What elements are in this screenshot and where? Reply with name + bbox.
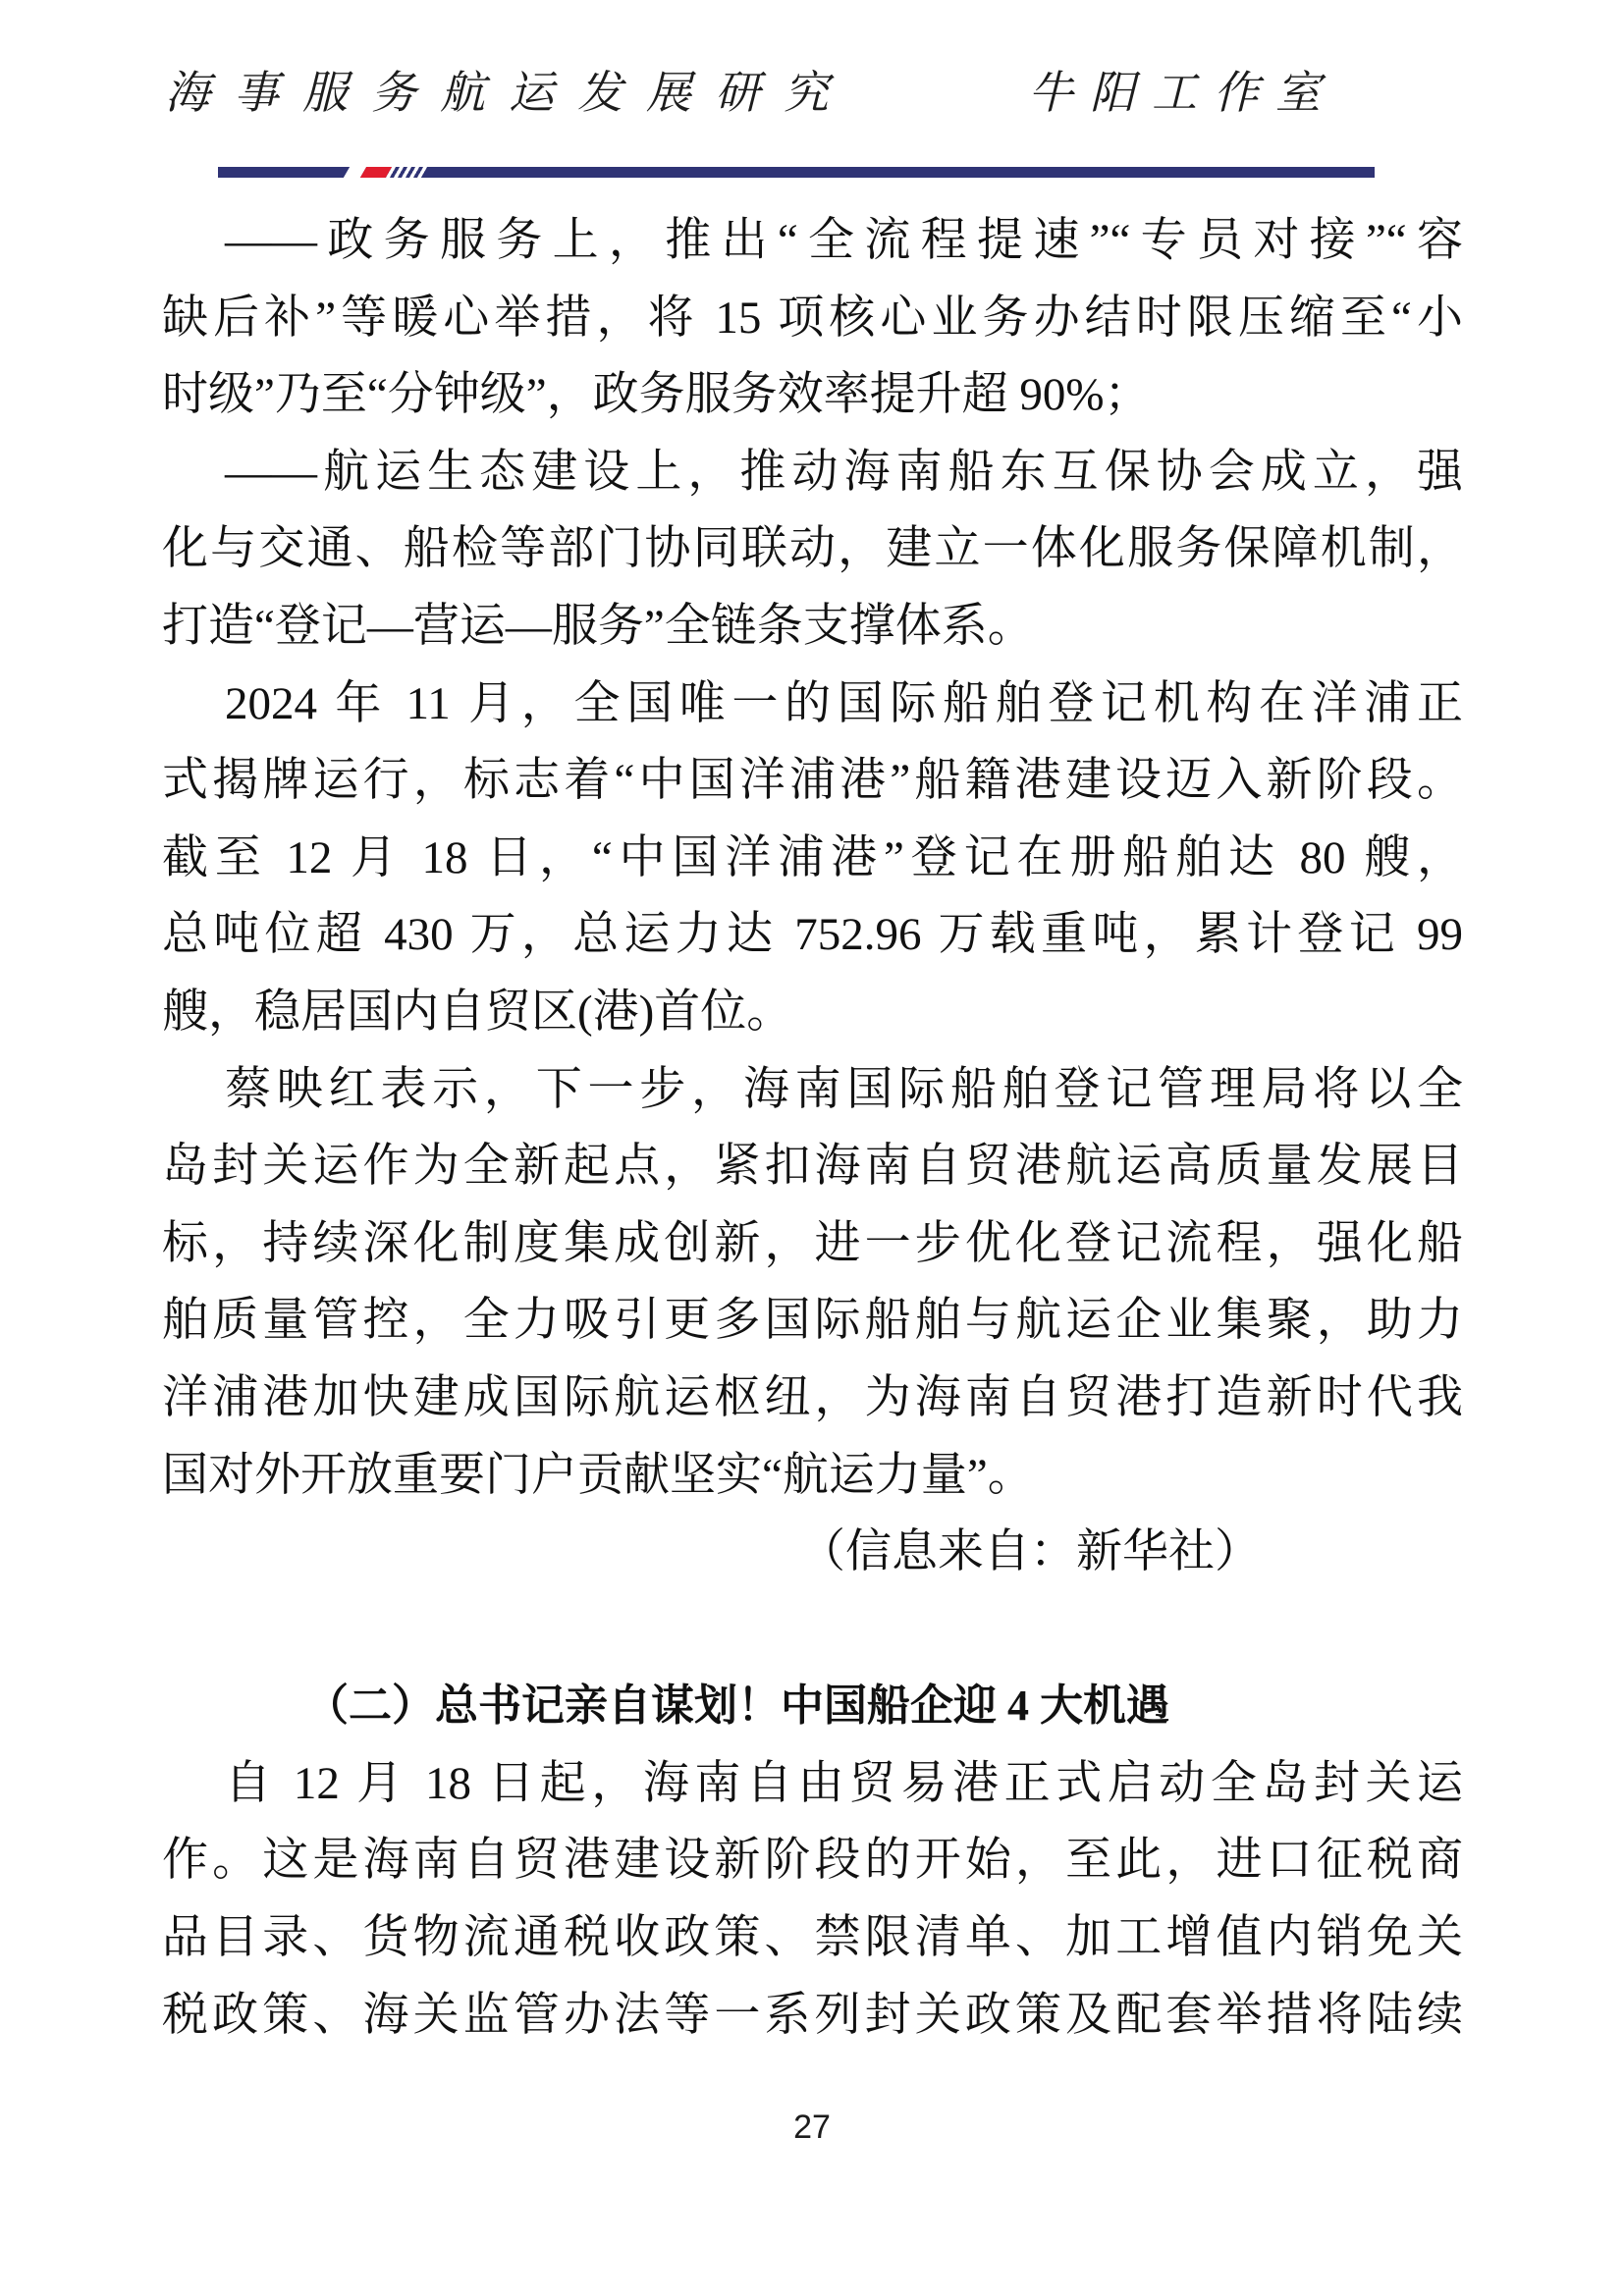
header-right-title: 牛阳工作室 [1028,57,1337,122]
text-line: 式揭牌运行，标志着“中国洋浦港”船籍港建设迈入新阶段。 [162,742,1463,820]
text-line: 艘，稳居国内自贸区(港)首位。 [162,974,1463,1051]
text-line: 国对外开放重要门户贡献坚实“航运力量”。 [162,1437,1463,1515]
page-number: 27 [0,2109,1624,2147]
document-page: 海事服务航运发展研究 牛阳工作室 ——政务服务上，推出“全流程提速”“专员对接”… [0,0,1624,2296]
text-line: 标，持续深化制度集成创新，进一步优化登记流程，强化船 [162,1205,1463,1283]
text-line: 岛封关运作为全新起点，紧扣海南自贸港航运高质量发展目 [162,1128,1463,1205]
rule-stripes-decoration [386,167,427,178]
text-line: 缺后补”等暖心举措，将 15 项核心业务办结时限压缩至“小 [162,280,1463,357]
text-line [162,1591,1463,1669]
text-line: 打造“登记—营运—服务”全链条支撑体系。 [162,588,1463,666]
text-line: 洋浦港加快建成国际航运枢纽，为海南自贸港打造新时代我 [162,1360,1463,1437]
header-left-title: 海事服务航运发展研究 [165,57,852,122]
text-line: 舶质量管控，全力吸引更多国际船舶与航运企业集聚，助力 [162,1282,1463,1360]
text-line: 品目录、货物流通税收政策、禁限清单、加工增值内销免关 [162,1899,1463,1977]
text-line: 化与交通、船检等部门协同联动，建立一体化服务保障机制， [162,510,1463,588]
header-rule [218,167,1375,178]
text-line: 2024 年 11 月，全国唯一的国际船舶登记机构在洋浦正 [162,666,1463,743]
text-line: 税政策、海关监管办法等一系列封关政策及配套举措将陆续 [162,1977,1463,2055]
text-line: ——政务服务上，推出“全流程提速”“专员对接”“容 [162,202,1463,280]
text-line: 时级”乃至“分钟级”，政务服务效率提升超 90%； [162,356,1463,434]
text-line: 自 12 月 18 日起，海南自由贸易港正式启动全岛封关运 [162,1745,1463,1823]
text-line: ——航运生态建设上，推动海南船东互保协会成立，强 [162,434,1463,511]
section-heading: （二）总书记亲自谋划！中国船企迎 4 大机遇 [162,1668,1463,1745]
text-line: 截至 12 月 18 日，“中国洋浦港”登记在册船舶达 80 艘， [162,820,1463,897]
text-line: 蔡映红表示，下一步，海南国际船舶登记管理局将以全 [162,1051,1463,1129]
text-line: 作。这是海南自贸港建设新阶段的开始，至此，进口征税商 [162,1822,1463,1899]
document-body: ——政务服务上，推出“全流程提速”“专员对接”“容缺后补”等暖心举措，将 15 … [162,202,1463,2054]
source-attribution: （信息来自：新华社） [162,1514,1463,1591]
text-line: 总吨位超 430 万，总运力达 752.96 万载重吨，累计登记 99 [162,896,1463,974]
